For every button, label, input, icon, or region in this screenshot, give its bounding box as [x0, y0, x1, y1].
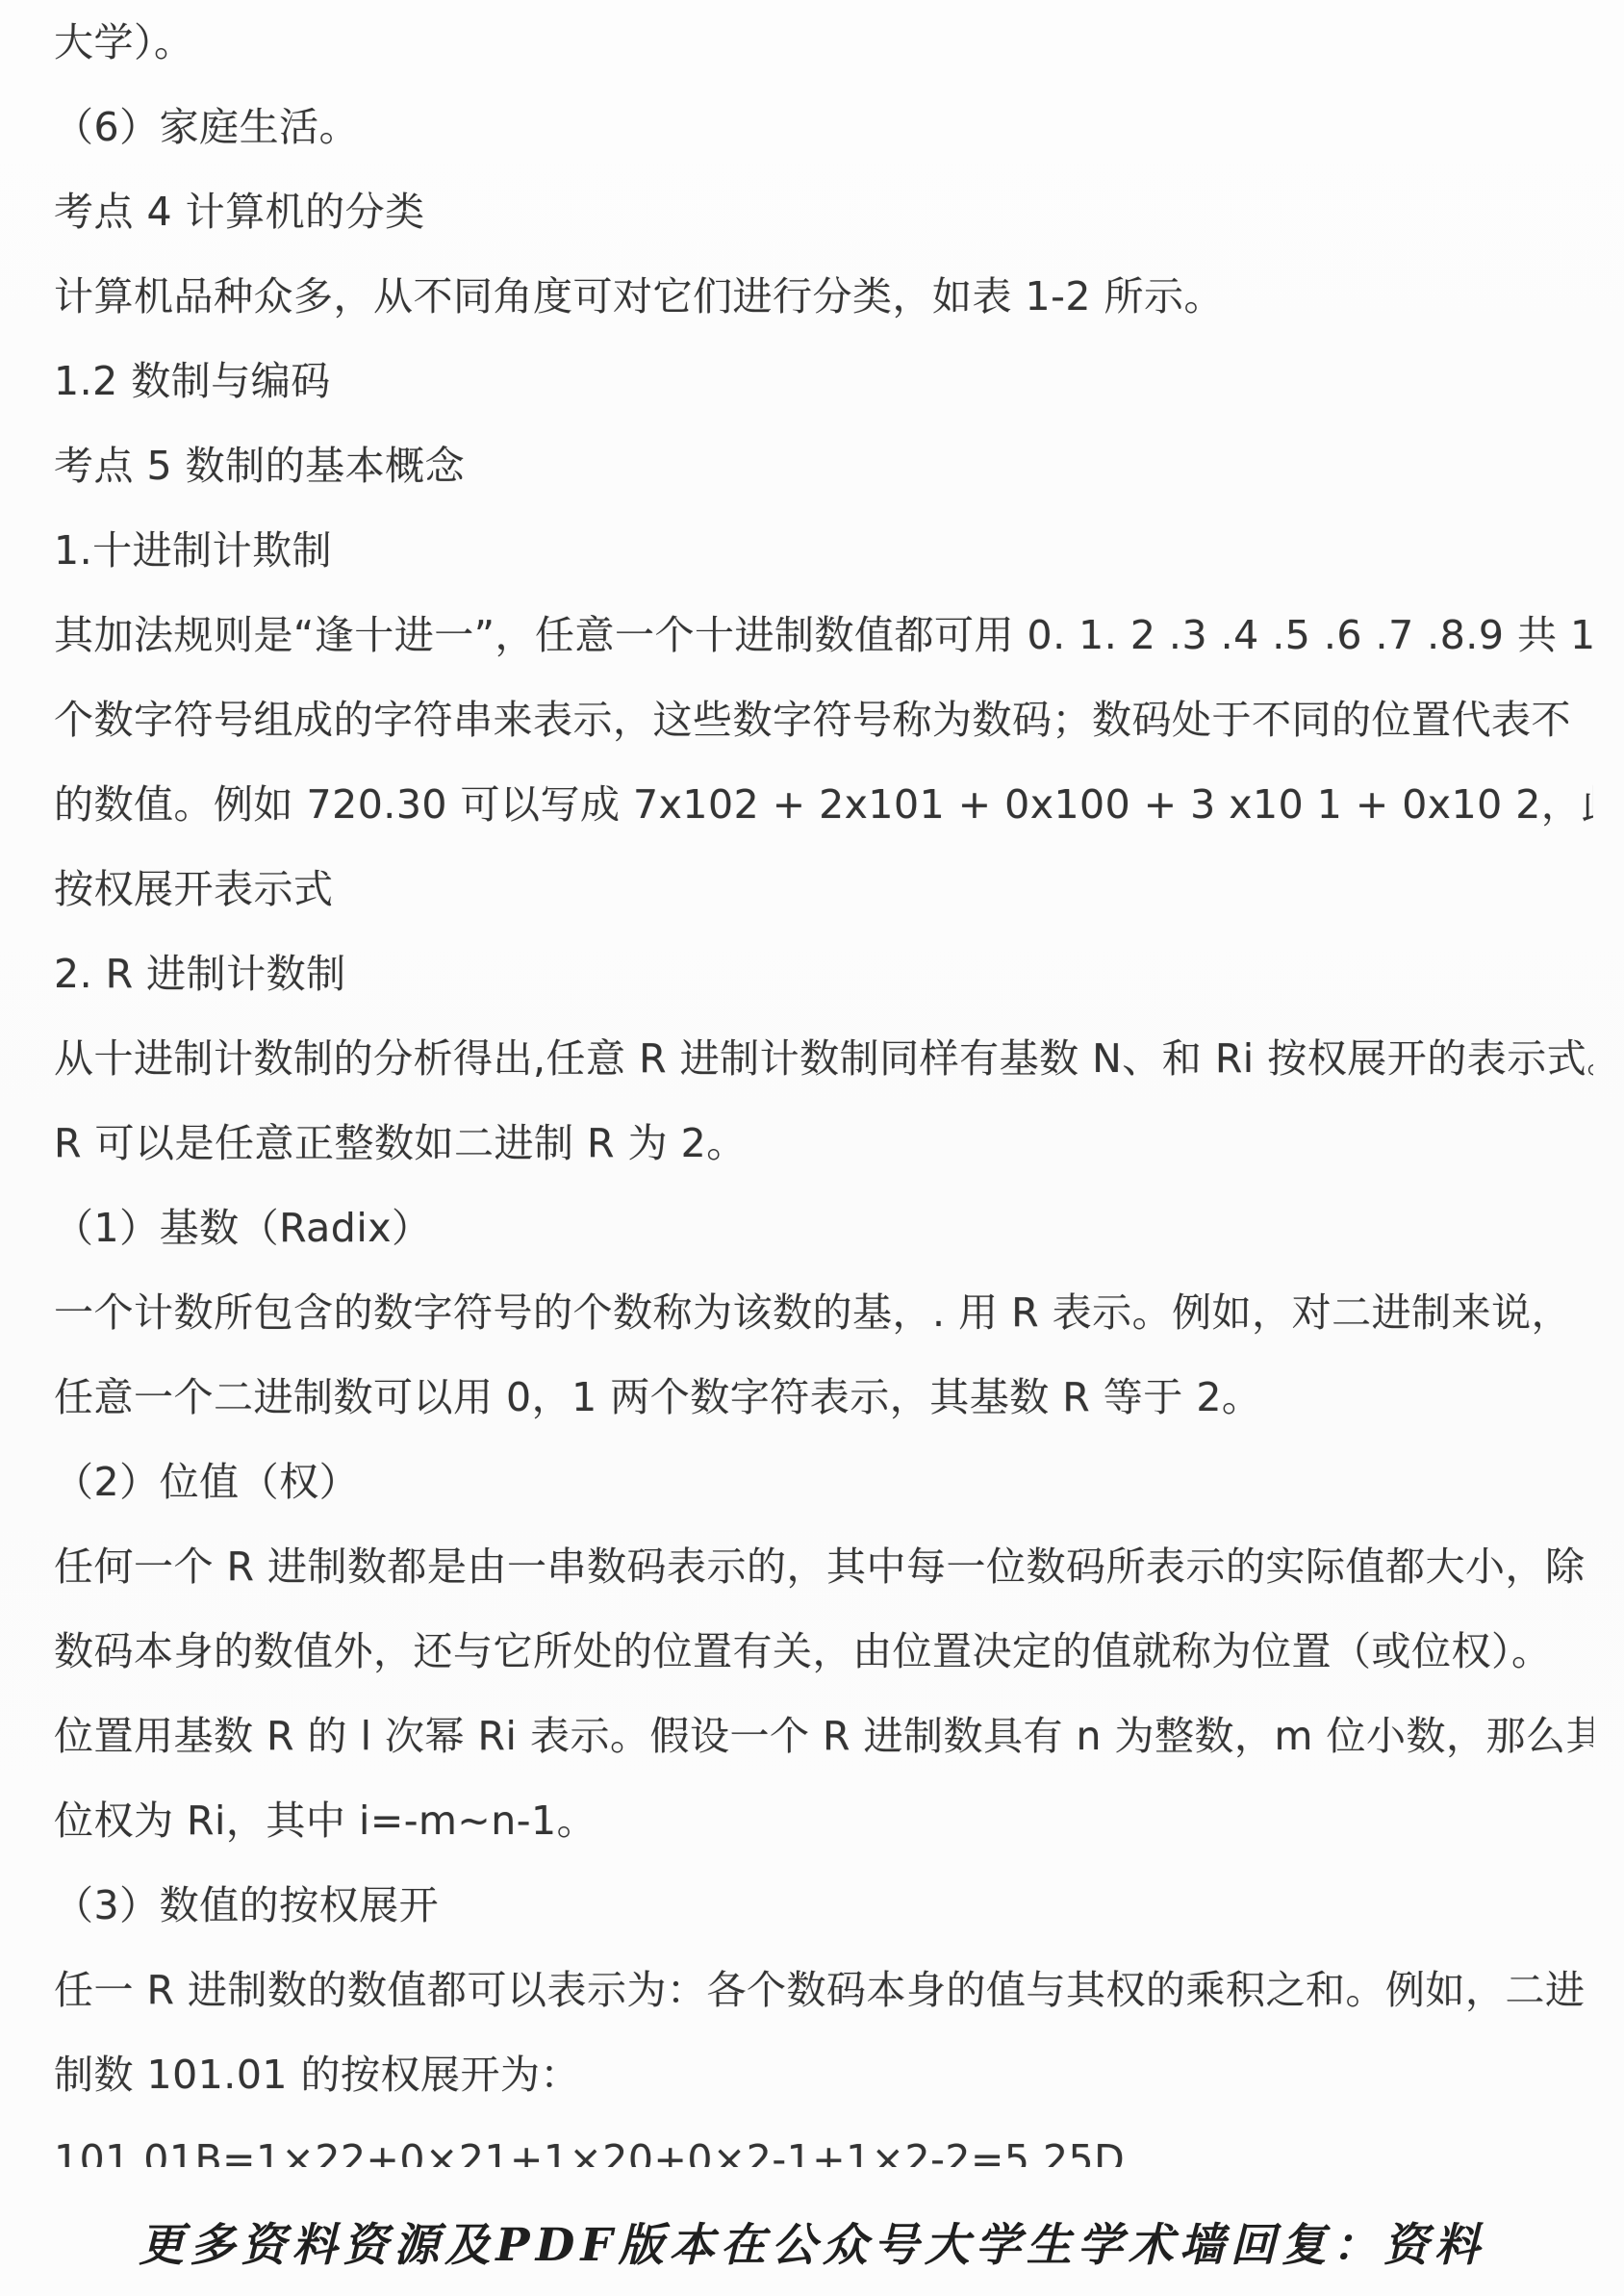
text-line: 任意一个二进制数可以用 0，1 两个数字符表示，其基数 R 等于 2。 — [54, 1355, 1593, 1440]
section-heading: 1.2 数制与编码 — [54, 339, 1593, 423]
text-line: 其加法规则是“逢十进一”，任意一个十进制数值都可用 0. 1. 2 .3 .4 … — [54, 593, 1593, 677]
subsection-heading: （2）位值（权） — [54, 1440, 1593, 1524]
subsection-heading: （3）数值的按权展开 — [54, 1863, 1593, 1948]
section-heading: 考点 4 计算机的分类 — [54, 169, 1593, 254]
text-line: 一个计数所包含的数字符号的个数称为该数的基，. 用 R 表示。例如，对二进制来说… — [54, 1270, 1593, 1355]
text-line: （6）家庭生活。 — [54, 85, 1593, 169]
subsection-heading: （1）基数（Radix） — [54, 1186, 1593, 1270]
text-line: 任何一个 R 进制数都是由一串数码表示的，其中每一位数码所表示的实际值都大小，除 — [54, 1524, 1593, 1609]
text-line: R 可以是任意正整数如二进制 R 为 2。 — [54, 1101, 1593, 1186]
text-line: 制数 101.01 的按权展开为： — [54, 2032, 1593, 2117]
document-page: 大学）。 （6）家庭生活。 考点 4 计算机的分类 计算机品种众多，从不同角度可… — [0, 0, 1624, 2296]
footer-watermark: 更多资料资源及PDF版本在公众号大学生学术墙回复：资料 — [0, 2209, 1624, 2274]
text-line: 从十进制计数制的分析得出,任意 R 进制计数制同样有基数 N、和 Ri 按权展开… — [54, 1016, 1593, 1101]
formula-line-clipped: 101.01B=1×22+0×21+1×20+0×2-1+1×2-2=5.25D — [54, 2117, 1593, 2167]
subsection-heading: 2. R 进制计数制 — [54, 931, 1593, 1016]
text-line: 的数值。例如 720.30 可以写成 7x102 + 2x101 + 0x100… — [54, 762, 1593, 847]
text-line: 数码本身的数值外，还与它所处的位置有关，由位置决定的值就称为位置（或位权）。 — [54, 1609, 1593, 1694]
text-line: 任一 R 进制数的数值都可以表示为：各个数码本身的值与其权的乘积之和。例如，二进 — [54, 1948, 1593, 2032]
document-body: 大学）。 （6）家庭生活。 考点 4 计算机的分类 计算机品种众多，从不同角度可… — [54, 0, 1593, 2167]
text-line: 位权为 Ri，其中 i=-m~n-1。 — [54, 1778, 1593, 1863]
section-heading: 考点 5 数制的基本概念 — [54, 423, 1593, 508]
text-line: 位置用基数 R 的 l 次幂 Ri 表示。假设一个 R 进制数具有 n 为整数，… — [54, 1694, 1593, 1778]
subsection-heading: 1.十进制计欺制 — [54, 508, 1593, 593]
text-line: 计算机品种众多，从不同角度可对它们进行分类，如表 1-2 所示。 — [54, 254, 1593, 339]
text-line: 个数字符号组成的字符串来表示，这些数字符号称为数码；数码处于不同的位置代表不 — [54, 677, 1593, 762]
text-line: 大学）。 — [54, 0, 1593, 85]
text-line: 按权展开表示式 — [54, 847, 1593, 931]
